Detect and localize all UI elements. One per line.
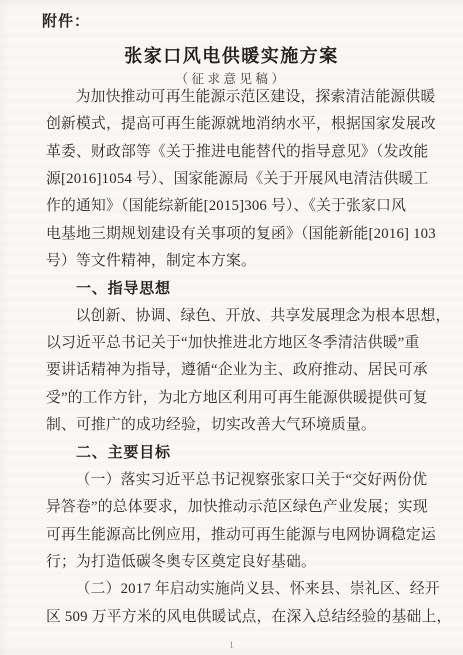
text-line: 区 509 万平方米的风电供暖试点，在深入总结经验的基础上， (46, 604, 438, 631)
text-line: 号）等文件精神，制定本方案。 (46, 248, 438, 275)
text-line: 创新模式，提高可再生能源就地消纳水平，根据国家发展改 (46, 111, 438, 138)
text-line: 可再生能源高比例应用，推动可再生能源与电网协调稳定运 (46, 522, 438, 549)
text-line: （二）2017 年启动实施尚义县、怀来县、崇礼区、经开 (46, 576, 438, 603)
text-line: 受”的工作方针，为北方地区利用可再生能源供暖提供可复 (46, 385, 438, 412)
section-heading: 一、指导思想 (46, 275, 438, 302)
document-body: 为加快推动可再生能源示范区建设，探索清洁能源供暖创新模式，提高可再生能源就地消纳… (46, 84, 438, 631)
text-line: （一）落实习近平总书记视察张家口关于“交好两份优 (46, 467, 438, 494)
document-page: 附件： 张家口风电供暖实施方案 （征求意见稿） 为加快推动可再生能源示范区建设，… (0, 0, 463, 655)
text-line: 异答卷”的总体要求，加快推动示范区绿色产业发展；实现 (46, 494, 438, 521)
text-line: 电基地三期规划建设有关事项的复函》（国能新能[2016] 103 (46, 221, 438, 248)
text-line: 以创新、协调、绿色、开放、共享发展理念为根本思想， (46, 303, 438, 330)
page-title: 张家口风电供暖实施方案 (0, 42, 463, 68)
text-line: 革委、财政部等《关于推进电能替代的指导意见》（发改能 (46, 139, 438, 166)
text-line: 为加快推动可再生能源示范区建设，探索清洁能源供暖 (46, 84, 438, 111)
text-line: 要讲话精神为指导，遵循“企业为主、政府推动、居民可承 (46, 357, 438, 384)
page-number: 1 (0, 640, 463, 650)
text-line: 源[2016]1054 号）、国家能源局《关于开展风电清洁供暖工 (46, 166, 438, 193)
attachment-label: 附件： (42, 10, 90, 31)
text-line: 作的通知》（国能综新能[2015]306 号）、《关于张家口风 (46, 193, 438, 220)
section-heading: 二、主要目标 (46, 439, 438, 466)
text-line: 以习近平总书记关于“加快推进北方地区冬季清洁供暖”重 (46, 330, 438, 357)
text-line: 行；为打造低碳冬奥专区奠定良好基础。 (46, 549, 438, 576)
text-line: 制、可推广的成功经验，切实改善大气环境质量。 (46, 412, 438, 439)
